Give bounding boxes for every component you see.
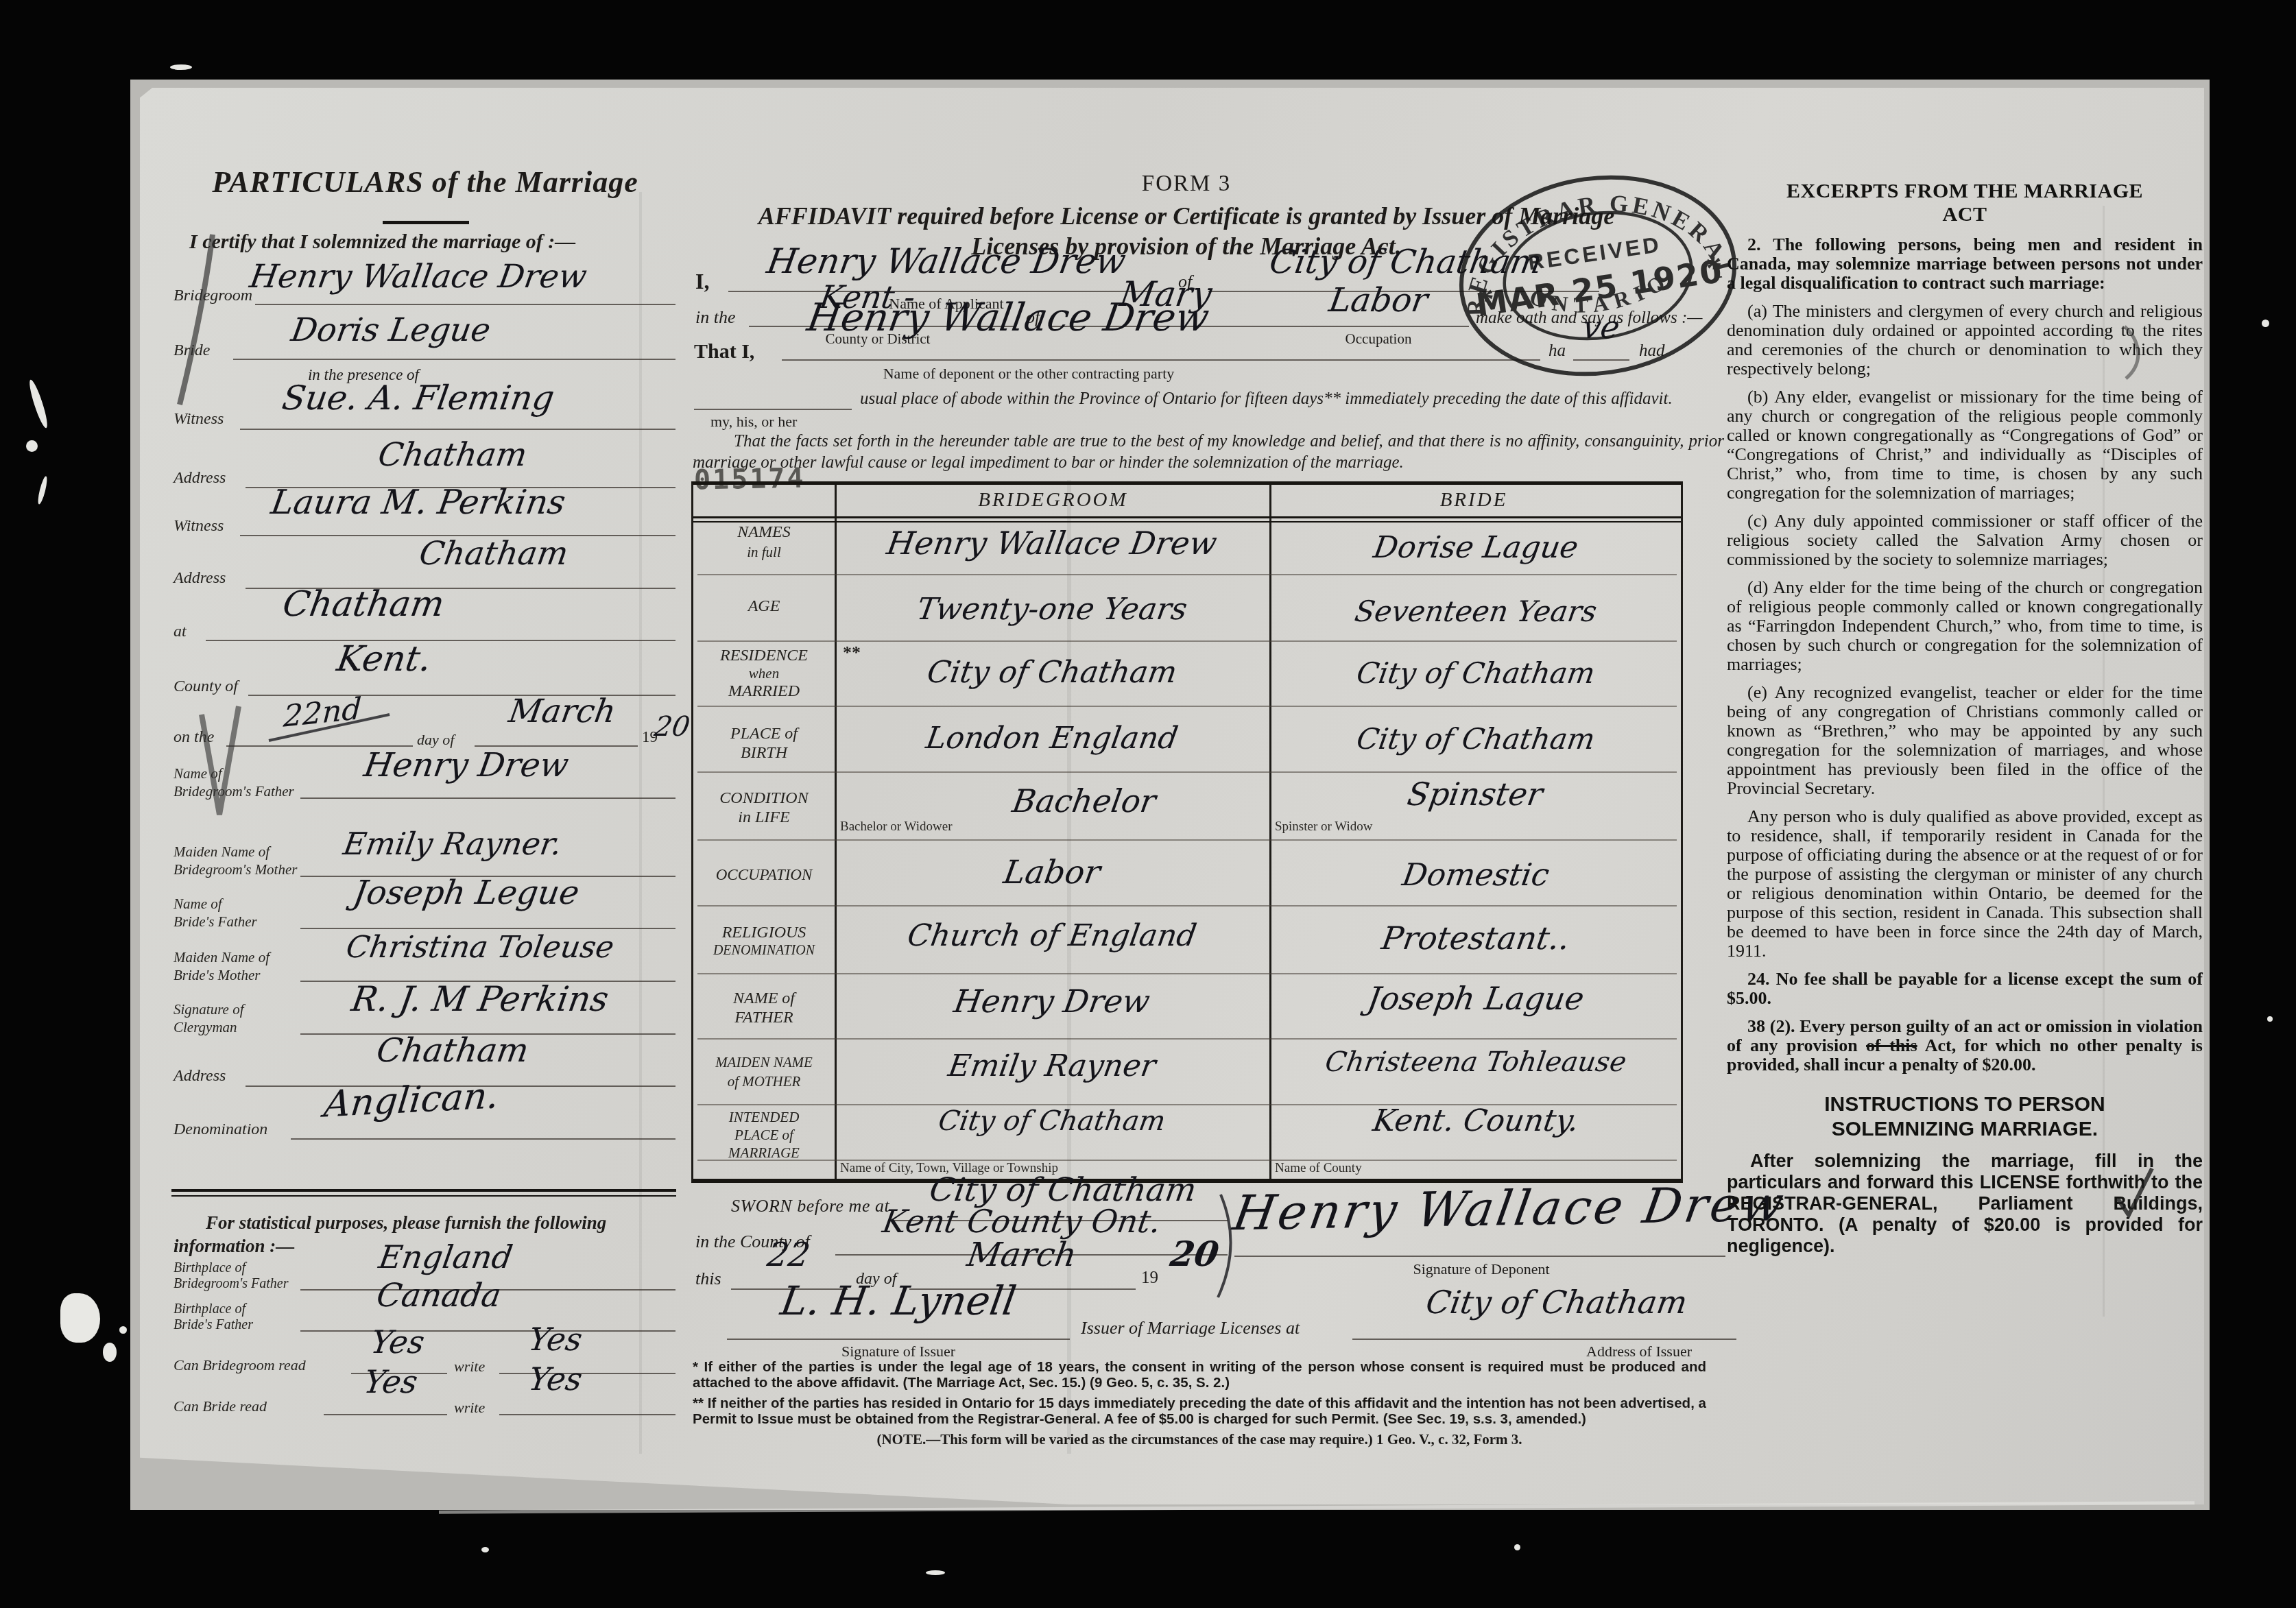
spinster-widow-label: Spinster or Widow [1275,819,1372,835]
field-month-value: March [477,695,647,728]
field-label: Signature of [174,1001,243,1018]
deponent-name-value: Henry Wallace Drew [765,299,1252,337]
sworn-place-value: City of Chatham [889,1174,1236,1206]
footnotes: * If either of the parties is under the … [693,1359,1706,1452]
field-line [300,797,675,799]
section-divider [171,1189,676,1192]
ve-line [1573,359,1629,361]
particulars-title: PARTICULARS of the Marriage [171,165,679,200]
printed-ha: ha [1548,341,1566,361]
table-bride-names: Dorise Lague [1274,533,1678,563]
field-witness2-value: Laura M. Perkins [210,485,627,519]
film-speck [26,440,38,452]
row-label: PLACE of [693,1127,835,1144]
instructions-title-1: INSTRUCTIONS TO PERSON [1727,1092,2203,1117]
bridegroom-bride-table: BRIDEGROOM BRIDE NAMES in full AGE RESID… [691,481,1683,1183]
issuer-place-value: City of Chatham [1376,1286,1737,1318]
film-speck [60,1293,100,1343]
facts-paragraph: That the facts set forth in the hereunde… [693,431,1724,473]
excerpt-section-2: 2. The following persons, being men and … [1727,235,2203,293]
film-speck [481,1547,489,1552]
field-label-onthe: on the [174,728,214,747]
excerpt-a: (a) The ministers and clergymen of every… [1727,302,2203,379]
row-label: RESIDENCE [693,647,835,665]
row-line [697,640,1677,642]
excerpts-title-2: ACT [1727,203,2203,226]
film-speck [2262,320,2269,327]
certify-line: I certify that I solemnized the marriage… [189,230,575,254]
deponent-signature-line [1234,1256,1725,1257]
table-bride-condition: Spinster [1342,778,1607,810]
field-clergyman-signature: R. J. M Perkins [292,982,668,1016]
table-vertical-rule [1269,485,1271,1179]
occupation-value: Labor [1273,284,1484,317]
bachelor-widower-label: Bachelor or Widower [840,819,953,835]
field-line [233,359,675,360]
table-groom-residence: City of Chatham [839,658,1265,688]
statistical-heading-2: information :— [174,1236,294,1257]
film-speck [36,476,49,505]
field-label-bride: Bride [174,341,210,360]
deponent-name-label: Name of deponent or the other contractin… [789,365,1269,383]
field-county-value: Kent. [244,642,524,677]
applicant-name-value: Henry Wallace Drew [731,244,1162,278]
field-label: Bride's Father [174,913,257,931]
excerpt-c: (c) Any duly appointed commissioner or s… [1727,512,2203,569]
field-label: Bridegroom's Father [174,1276,288,1292]
field-label: Can Bridegroom read [174,1356,306,1374]
field-label: Name of [174,896,222,913]
table-groom-intended-place: City of Chatham [839,1107,1265,1135]
row-label: DENOMINATION [693,943,835,959]
form-number: FORM 3 [686,171,1687,197]
field-at-value: Chatham [203,587,524,622]
sworn-19: 19 [1141,1269,1158,1288]
field-groom-father-value: Henry Drew [299,749,634,782]
issuer-address-label: Address of Issuer [1495,1343,1783,1360]
field-line [300,928,675,929]
field-groom-father-birthplace: England [292,1241,599,1273]
footnote-residency: ** If neither of the parties has resided… [693,1395,1706,1427]
sworn-this: this [695,1269,721,1289]
field-label-county: County of [174,677,238,696]
field-bride-value: Doris Legue [217,314,564,346]
field-line [240,429,675,430]
table-bride-occupation: Domestic [1273,859,1677,890]
film-speck [1514,1544,1520,1550]
row-label: CONDITION [693,789,835,808]
excerpt-d: (d) Any elder for the time being of the … [1727,578,2203,674]
field-bride-father-value: Joseph Legue [285,876,647,909]
field-label: Bride's Mother [174,967,260,984]
excerpt-qualified: Any person who is duly qualified as abov… [1727,807,2203,961]
field-line [291,1138,675,1140]
field-label-write: write [454,1399,485,1417]
field-bridegroom-value: Henry Wallace Drew [224,261,612,293]
row-line [697,574,1677,575]
field-bride-write-value: Yes [498,1363,612,1395]
table-bride-religion: Protestant.. [1273,922,1677,954]
excerpts-panel: EXCERPTS FROM THE MARRIAGE ACT 2. The fo… [1727,180,2203,1257]
field-groom-write-value: Yes [498,1323,612,1355]
table-bride-intended-county: Kent. County. [1274,1106,1678,1136]
field-clergy-address-value: Chatham [285,1034,620,1067]
sworn-county-value: Kent County Ont. [834,1205,1209,1237]
row-label: NAME of [693,989,835,1008]
field-label: Bridegroom's Father [174,783,294,800]
row-label: BIRTH [693,744,835,763]
film-speck [170,64,192,70]
row-line [697,706,1677,707]
field-bride-mother-value: Christina Toleuse [293,933,668,963]
excerpt-b: (b) Any elder, evangelist or missionary … [1727,387,2203,503]
table-bride-birthplace: City of Chatham [1274,725,1678,754]
excerpt-section-24: 24. No fee shall be payable for a licens… [1727,970,2203,1008]
row-line [697,1038,1677,1040]
field-label: Clergyman [174,1019,237,1036]
table-vertical-rule [835,485,837,1179]
excerpts-title-1: EXCERPTS FROM THE MARRIAGE [1727,180,2203,203]
table-groom-names: Henry Wallace Drew [839,527,1265,559]
field-address2-value: Chatham [326,538,660,570]
film-scan-frame: PARTICULARS of the Marriage I certify th… [0,0,2296,1608]
field-label-witness: Witness [174,517,224,536]
printed-that-i: That I, [694,340,754,363]
printed-i: I, [695,269,709,294]
field-label-witness: Witness [174,410,224,429]
row-label: FATHER [693,1009,835,1027]
field-label-at: at [174,623,187,641]
occupation-label: Occupation [1234,331,1522,348]
deponent-signature: Henry Wallace Drew [1230,1181,1732,1238]
row-label: PLACE of [693,725,835,743]
field-bride-father-birthplace: Canada [285,1280,592,1312]
paper-crease [639,192,642,1454]
field-bride-read-value: Yes [333,1366,448,1397]
issuer-pre: Issuer of Marriage Licenses at [1081,1318,1300,1339]
film-speck [119,1326,127,1334]
footnote-note: (NOTE.—This form will be varied as the c… [693,1432,1706,1448]
issuer-signature-line [727,1339,1070,1340]
field-label: Name of [174,765,222,782]
table-groom-mother: Emily Rayner [839,1051,1265,1081]
table-bride-age: Seventeen Years [1274,597,1678,626]
year-value: 20 [1158,1237,1232,1271]
row-line [697,973,1677,974]
affidavit-title-1: AFFIDAVIT required before License or Cer… [679,202,1694,230]
column-header-bride: BRIDE [1271,489,1676,512]
row-label: when [693,665,835,682]
excerpt-e: (e) Any recognized evangelist, teacher o… [1727,683,2203,798]
abode-text: usual place of abode within the Province… [860,389,1673,409]
abode-blank-line [694,409,852,410]
film-speck [926,1570,945,1575]
instructions-body: After solemnizing the marriage, fill in … [1727,1151,2203,1257]
issuer-signature-label: Signature of Issuer [754,1343,1042,1360]
film-speck [103,1343,117,1362]
section-divider [171,1195,676,1197]
row-label: INTENDED [693,1109,835,1126]
excerpt-38-struck: of this [1866,1035,1917,1055]
row-label: in LIFE [693,808,835,827]
field-label: Can Bride read [174,1397,267,1415]
printed-had: had [1639,341,1665,361]
field-label-address: Address [174,469,226,488]
instructions-title-2: SOLEMNIZING MARRIAGE. [1727,1117,2203,1142]
excerpt-section-38: 38 (2). Every person guilty of an act or… [1727,1017,2203,1075]
row-label: NAMES [693,523,835,542]
film-speck [27,379,50,429]
column-header-bridegroom: BRIDEGROOM [837,489,1269,512]
printed-in-the: in the [695,307,736,328]
ve-value: ve [1561,311,1641,343]
table-bride-mother: Christeena Tohleause [1274,1048,1677,1076]
day-value: 22 [738,1238,839,1271]
table-groom-religion: Church of England [839,921,1265,951]
field-line [324,1414,447,1415]
month-value: March [916,1238,1127,1271]
header-rule [693,521,1681,523]
field-label: Birthplace of [174,1260,246,1276]
abode-blank-label: my, his, or her [710,413,797,431]
row-line [697,905,1677,907]
issuer-place-line [1352,1339,1736,1340]
row-label: MARRIED [693,682,835,701]
applicant-place-value: City of Chatham [1211,245,1601,278]
field-line [499,1414,675,1415]
row-label: MAIDEN NAME [693,1054,835,1071]
field-groom-read-value: Yes [340,1326,455,1358]
row-line [697,839,1677,841]
table-bride-residence: City of Chatham [1274,659,1678,688]
deponent-signature-label: Signature of Deponent [1303,1260,1660,1278]
field-label: Maiden Name of [174,949,270,966]
table-groom-condition: Bachelor [951,785,1217,817]
film-speck [2267,1016,2273,1022]
table-groom-birthplace: London England [839,723,1265,754]
row-line [697,771,1677,773]
field-address-value: Chatham [285,439,619,471]
table-groom-age: Twenty-one Years [839,595,1265,625]
field-line [255,304,675,305]
title-underline [383,221,469,224]
field-label-write: write [454,1358,485,1376]
footnote-consent: * If either of the parties is under the … [693,1359,1706,1391]
row-label: MARRIAGE [693,1144,835,1162]
field-label: Bridegroom's Mother [174,861,297,878]
field-witness-value: Sue. A. Fleming [224,381,613,415]
row-label: OCCUPATION [693,866,835,884]
row-label: in full [693,544,835,561]
field-line [206,640,675,641]
field-label: Maiden Name of [174,843,270,861]
table-bride-father: Joseph Lague [1273,983,1677,1014]
field-label-address: Address [174,569,226,588]
header-rule [693,516,1681,518]
field-year-value: 20 [649,713,695,741]
deponent-name-line [782,359,1540,361]
table-groom-occupation: Labor [839,856,1265,889]
statistical-heading-1: For statistical purposes, please furnish… [206,1212,606,1234]
field-label: Birthplace of [174,1301,246,1317]
field-label: Bride's Father [174,1317,253,1333]
county-name-label: Name of County [1275,1161,1362,1176]
table-groom-father: Henry Drew [839,985,1265,1017]
row-label: of MOTHER [693,1073,835,1090]
issuer-signature: L. H. Lynell [737,1281,1059,1321]
row-label: AGE [693,597,835,616]
field-groom-mother-value: Emily Rayner. [285,828,619,859]
field-label-address: Address [174,1067,226,1085]
row-label: RELIGIOUS [693,924,835,942]
